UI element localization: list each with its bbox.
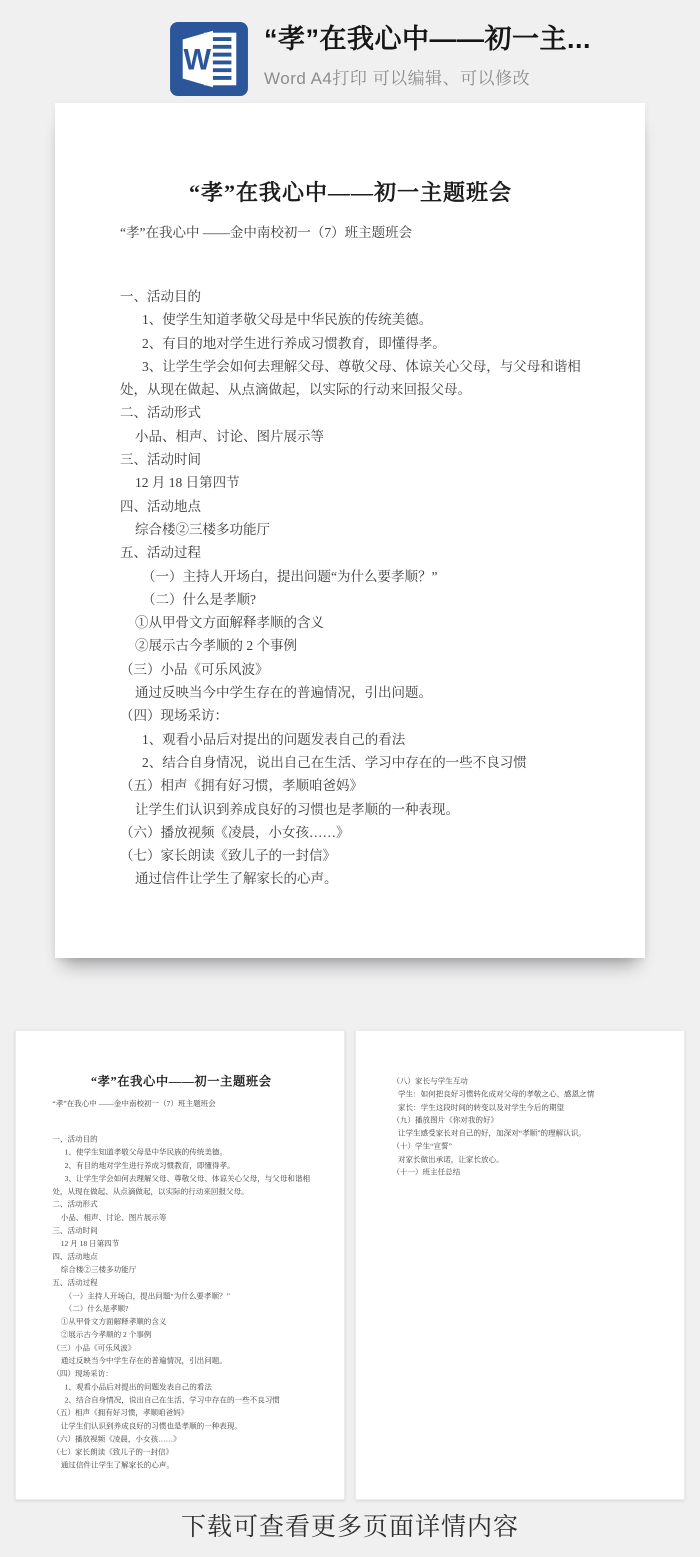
doc-line: 让学生们认识到养成良好的习惯也是孝顺的一种表现。	[52, 1419, 310, 1432]
doc-line: 1、观看小品后对提出的问题发表自己的看法	[120, 728, 581, 751]
doc-line: 2、有目的地对学生进行养成习惯教育，即懂得孝。	[120, 332, 581, 355]
doc-line: 3、让学生学会如何去理解父母、尊敬父母、体谅关心父母，与父母和谐相处，从现在做起…	[120, 355, 581, 402]
doc-line: 通过反映当今中学生存在的普遍情况，引出问题。	[52, 1354, 310, 1367]
doc-line: 1、使学生知道孝敬父母是中华民族的传统美德。	[52, 1146, 310, 1159]
doc-line: 一、活动目的	[120, 285, 581, 308]
doc-line: ②展示古今孝顺的 2 个事例	[120, 634, 581, 657]
doc-line: 四、活动地点	[52, 1250, 310, 1263]
thumbnail-page-2-inner: （八）家长与学生互动 学生：如何把良好习惯转化成对父母的孝敬之心、感恩之情 家长…	[356, 1031, 685, 1500]
doc-line: 一、活动目的	[52, 1133, 310, 1146]
doc-line: 通过信件让学生了解家长的心声。	[120, 867, 581, 890]
doc-line: （十一）班主任总结	[392, 1166, 650, 1179]
doc-title: “孝”在我心中——初一主题班会	[120, 179, 581, 207]
doc-line: 让学生们认识到养成良好的习惯也是孝顺的一种表现。	[120, 798, 581, 821]
doc-line: （二）什么是孝顺?	[120, 588, 581, 611]
header-text: “孝”在我心中——初一主... Word A4打印 可以编辑、可以修改	[264, 22, 591, 89]
thumb1-doc-title: “孝”在我心中——初一主题班会	[52, 1074, 310, 1090]
thumb1-body: 一、活动目的 1、使学生知道孝敬父母是中华民族的传统美德。 2、有目的地对学生进…	[52, 1133, 310, 1472]
doc-line: 二、活动形式	[52, 1198, 310, 1211]
doc-line: 对家长做出承诺，让家长放心。	[392, 1153, 650, 1166]
doc-line: 2、结合自身情况，说出自己在生活、学习中存在的一些不良习惯	[52, 1393, 310, 1406]
doc-line: （六）播放视频《凌晨，小女孩……》	[120, 821, 581, 844]
doc-line: （八）家长与学生互动	[392, 1075, 650, 1088]
doc-line: 小品、相声、讨论、图片展示等	[52, 1211, 310, 1224]
doc-line: （九）播放图片《你对我的好》	[392, 1114, 650, 1127]
doc-header-subtitle: Word A4打印 可以编辑、可以修改	[264, 64, 591, 89]
doc-line: 3、让学生学会如何去理解父母、尊敬父母、体谅关心父母，与父母和谐相处，从现在做起…	[52, 1172, 310, 1198]
doc-line: 让学生感受家长对自己的好，加深对“孝顺”的理解认识。	[392, 1127, 650, 1140]
thumb2-body: （八）家长与学生互动 学生：如何把良好习惯转化成对父母的孝敬之心、感恩之情 家长…	[392, 1075, 650, 1179]
thumb1-doc-subtitle: “孝”在我心中 ——金中南校初一（7）班主题班会	[52, 1097, 310, 1110]
doc-line: （一）主持人开场白，提出问题“为什么要孝顺？”	[52, 1289, 310, 1302]
doc-line: ①从甲骨文方面解释孝顺的含义	[120, 611, 581, 634]
doc-line: ①从甲骨文方面解释孝顺的含义	[52, 1315, 310, 1328]
doc-line: （五）相声《拥有好习惯，孝顺咱爸妈》	[120, 774, 581, 797]
doc-line: （七）家长朗读《致儿子的一封信》	[52, 1446, 310, 1459]
doc-line: 1、观看小品后对提出的问题发表自己的看法	[52, 1380, 310, 1393]
app-header: W “孝”在我心中——初一主... Word A4打印 可以编辑、可以修改	[170, 22, 591, 96]
doc-line: ②展示古今孝顺的 2 个事例	[52, 1328, 310, 1341]
doc-line: 二、活动形式	[120, 401, 581, 424]
doc-line: 五、活动过程	[120, 541, 581, 564]
thumbnail-page-1: “孝”在我心中——初一主题班会 “孝”在我心中 ——金中南校初一（7）班主题班会…	[15, 1030, 345, 1500]
doc-header-title: “孝”在我心中——初一主...	[264, 24, 591, 55]
doc-line: 五、活动过程	[52, 1276, 310, 1289]
doc-line: 通过反映当今中学生存在的普遍情况，引出问题。	[120, 681, 581, 704]
page1-body: 一、活动目的 1、使学生知道孝敬父母是中华民族的传统美德。 2、有目的地对学生进…	[120, 285, 581, 891]
download-hint-text: 下载可查看更多页面详情内容	[0, 1507, 700, 1543]
doc-line: （四）现场采访：	[52, 1367, 310, 1380]
thumbnail-page-1-inner: “孝”在我心中——初一主题班会 “孝”在我心中 ——金中南校初一（7）班主题班会…	[16, 1031, 345, 1500]
thumbnails-row: “孝”在我心中——初一主题班会 “孝”在我心中 ——金中南校初一（7）班主题班会…	[15, 1030, 685, 1500]
page1-content: “孝”在我心中——初一主题班会 “孝”在我心中 ——金中南校初一（7）班主题班会…	[55, 103, 645, 891]
doc-line: 综合楼②三楼多功能厅	[120, 518, 581, 541]
thumb2-content: （八）家长与学生互动 学生：如何把良好习惯转化成对父母的孝敬之心、感恩之情 家长…	[356, 1031, 685, 1179]
doc-line: （六）播放视频《凌晨，小女孩……》	[52, 1432, 310, 1445]
doc-line: （三）小品《可乐风波》	[52, 1341, 310, 1354]
word-icon-letter: W	[184, 45, 212, 77]
doc-line: （七）家长朗读《致儿子的一封信》	[120, 844, 581, 867]
doc-line: 12 月 18 日第四节	[52, 1237, 310, 1250]
document-page-1-preview: “孝”在我心中——初一主题班会 “孝”在我心中 ——金中南校初一（7）班主题班会…	[55, 103, 645, 958]
doc-line: 三、活动时间	[120, 448, 581, 471]
doc-line: 12 月 18 日第四节	[120, 471, 581, 494]
thumbnail-page-2: （八）家长与学生互动 学生：如何把良好习惯转化成对父母的孝敬之心、感恩之情 家长…	[355, 1030, 685, 1500]
thumb1-content: “孝”在我心中——初一主题班会 “孝”在我心中 ——金中南校初一（7）班主题班会…	[16, 1031, 345, 1472]
doc-subtitle: “孝”在我心中 ——金中南校初一（7）班主题班会	[120, 221, 581, 244]
doc-line: （二）什么是孝顺?	[52, 1302, 310, 1315]
doc-line: 1、使学生知道孝敬父母是中华民族的传统美德。	[120, 308, 581, 331]
doc-line: （三）小品《可乐风波》	[120, 658, 581, 681]
doc-line: 三、活动时间	[52, 1224, 310, 1237]
doc-line: 2、有目的地对学生进行养成习惯教育，即懂得孝。	[52, 1159, 310, 1172]
doc-line: 学生：如何把良好习惯转化成对父母的孝敬之心、感恩之情	[392, 1088, 650, 1101]
doc-line: （四）现场采访：	[120, 704, 581, 727]
doc-line: 通过信件让学生了解家长的心声。	[52, 1459, 310, 1472]
doc-line: （五）相声《拥有好习惯，孝顺咱爸妈》	[52, 1406, 310, 1419]
doc-line: 小品、相声、讨论、图片展示等	[120, 425, 581, 448]
doc-line: （一）主持人开场白，提出问题“为什么要孝顺？”	[120, 565, 581, 588]
doc-line: （十）学生“宣誓”	[392, 1140, 650, 1153]
word-icon: W	[170, 22, 248, 96]
doc-line: 综合楼②三楼多功能厅	[52, 1263, 310, 1276]
doc-line: 四、活动地点	[120, 495, 581, 518]
doc-line: 2、结合自身情况，说出自己在生活、学习中存在的一些不良习惯	[120, 751, 581, 774]
doc-line: 家长：学生这段时间的转变以及对学生今后的期望	[392, 1101, 650, 1114]
